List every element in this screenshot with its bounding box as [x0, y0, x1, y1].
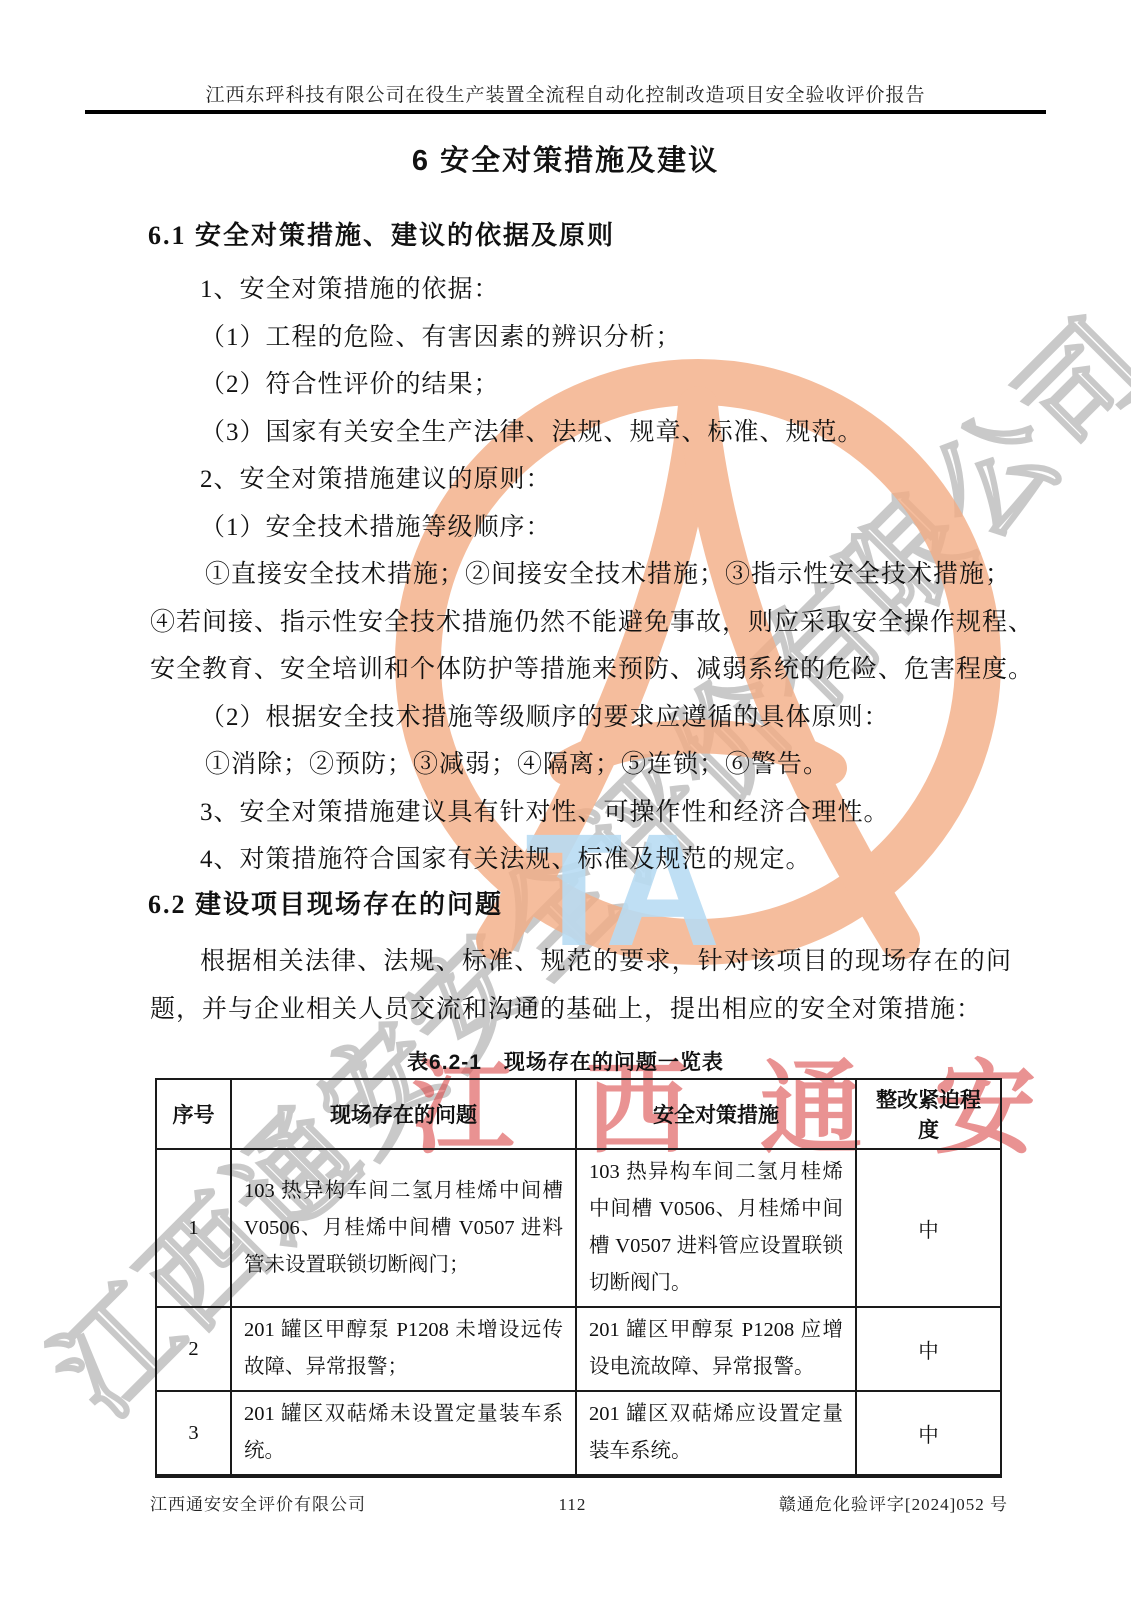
- section-6-1-body: 1、安全对策措施的依据： （1）工程的危险、有害因素的辨识分析； （2）符合性评…: [150, 266, 1010, 884]
- cell-urgency: 中: [856, 1149, 1001, 1307]
- col-header-problem: 现场存在的问题: [231, 1079, 576, 1149]
- cell-measure: 201 罐区甲醇泵 P1208 应增设电流故障、异常报警。: [576, 1307, 856, 1391]
- section-6-1-heading: 6.1 安全对策措施、建议的依据及原则: [148, 215, 615, 252]
- cell-urgency: 中: [856, 1391, 1001, 1476]
- page-footer: 江西通安安全评价有限公司 112 赣通危化验评字[2024]052 号: [150, 1490, 1008, 1515]
- body-line: （1）工程的危险、有害因素的辨识分析；: [150, 314, 1010, 362]
- body-line: 4、对策措施符合国家有关法规、标准及规范的规定。: [150, 836, 1010, 884]
- body-line: （2）根据安全技术措施等级顺序的要求应遵循的具体原则：: [150, 694, 1010, 742]
- footer-doc-number: 赣通危化验评字[2024]052 号: [779, 1490, 1008, 1515]
- footer-page-number: 112: [559, 1495, 587, 1515]
- col-header-no: 序号: [156, 1079, 231, 1149]
- body-line: （2）符合性评价的结果；: [150, 361, 1010, 409]
- cell-no: 1: [156, 1149, 231, 1307]
- body-line: （3）国家有关安全生产法律、法规、规章、标准、规范。: [150, 409, 1010, 457]
- body-line: （1）安全技术措施等级顺序：: [150, 504, 1010, 552]
- body-line: ①消除；②预防；③减弱；④隔离；⑤连锁；⑥警告。: [150, 741, 1010, 789]
- cell-no: 3: [156, 1391, 231, 1476]
- cell-problem: 103 热异构车间二氢月桂烯中间槽 V0506、月桂烯中间槽 V0507 进料管…: [231, 1149, 576, 1307]
- col-header-urgency: 整改紧迫程度: [856, 1079, 1001, 1149]
- body-line: 2、安全对策措施建议的原则：: [150, 456, 1010, 504]
- cell-no: 2: [156, 1307, 231, 1391]
- section-6-2-heading: 6.2 建设项目现场存在的问题: [148, 884, 503, 921]
- table-row: 3 201 罐区双萜烯未设置定量装车系统。 201 罐区双萜烯应设置定量装车系统…: [156, 1391, 1001, 1476]
- page-content: 江西东玶科技有限公司在役生产装置全流程自动化控制改造项目安全验收评价报告 6 安…: [0, 0, 1131, 1600]
- body-line: ④若间接、指示性安全技术措施仍然不能避免事故，则应采取安全操作规程、: [150, 599, 1010, 647]
- body-line: 1、安全对策措施的依据：: [150, 266, 1010, 314]
- body-line: 3、安全对策措施建议具有针对性、可操作性和经济合理性。: [150, 789, 1010, 837]
- body-line: ①直接安全技术措施；②间接安全技术措施；③指示性安全技术措施；: [150, 551, 1010, 599]
- section-6-2-paragraph: 根据相关法律、法规、标准、规范的要求，针对该项目的现场存在的问题，并与企业相关人…: [150, 938, 1012, 1033]
- table-row: 2 201 罐区甲醇泵 P1208 未增设远传故障、异常报警； 201 罐区甲醇…: [156, 1307, 1001, 1391]
- table-header-row: 序号 现场存在的问题 安全对策措施 整改紧迫程度: [156, 1079, 1001, 1149]
- cell-problem: 201 罐区双萜烯未设置定量装车系统。: [231, 1391, 576, 1476]
- table-row: 1 103 热异构车间二氢月桂烯中间槽 V0506、月桂烯中间槽 V0507 进…: [156, 1149, 1001, 1307]
- cell-measure: 201 罐区双萜烯应设置定量装车系统。: [576, 1391, 856, 1476]
- footer-company: 江西通安安全评价有限公司: [150, 1490, 366, 1515]
- report-header-title: 江西东玶科技有限公司在役生产装置全流程自动化控制改造项目安全验收评价报告: [0, 80, 1131, 107]
- document-page: 江西通安安全评价有限公司 TA 江西通安 江西东玶科技有限公司在役生产装置全流程…: [0, 0, 1131, 1600]
- chapter-title: 6 安全对策措施及建议: [0, 138, 1131, 179]
- issues-table: 序号 现场存在的问题 安全对策措施 整改紧迫程度 1 103 热异构车间二氢月桂…: [155, 1078, 1002, 1478]
- cell-urgency: 中: [856, 1307, 1001, 1391]
- col-header-measure: 安全对策措施: [576, 1079, 856, 1149]
- cell-problem: 201 罐区甲醇泵 P1208 未增设远传故障、异常报警；: [231, 1307, 576, 1391]
- header-divider-rule: [85, 110, 1046, 114]
- cell-measure: 103 热异构车间二氢月桂烯中间槽 V0506、月桂烯中间槽 V0507 进料管…: [576, 1149, 856, 1307]
- table-caption: 表6.2-1 现场存在的问题一览表: [0, 1046, 1131, 1076]
- body-line: 安全教育、安全培训和个体防护等措施来预防、减弱系统的危险、危害程度。: [150, 646, 1010, 694]
